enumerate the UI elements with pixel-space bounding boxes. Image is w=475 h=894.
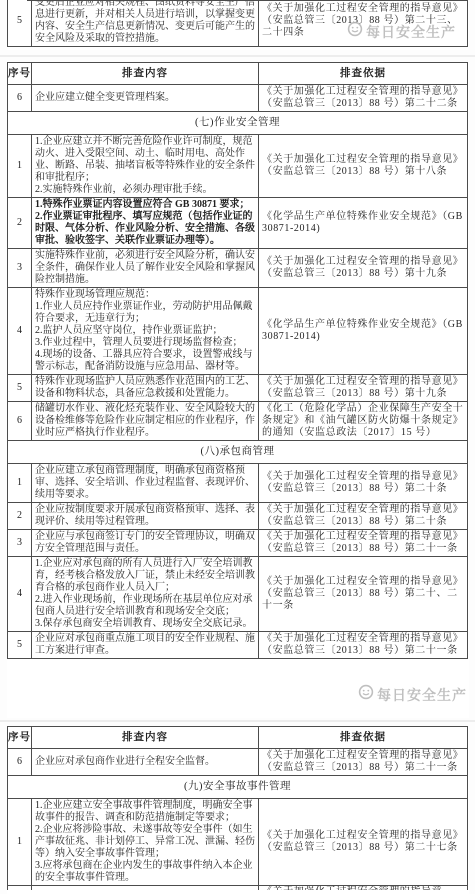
inspection-content-cell: 特殊作业现场监护人员应熟悉作业范围内的工艺、设备和物料状态，具备应急救援和处置能… [32, 375, 259, 402]
section-header-row: (九)安全事故事件管理 [8, 776, 468, 799]
table-row: 5企业应对承包商重点施工项目的安全作业规程、施工方案进行审查。《关于加强化工过程… [8, 632, 468, 659]
cropped-next-row: 《关于加强化工过程安全管理的指导意 [8, 886, 468, 891]
inspection-content-cell: 企业应对承包商重点施工项目的安全作业规程、施工方案进行审查。 [32, 632, 259, 659]
table-row: 4特殊作业现场管理应规范： 1.作业人员应持作业票证作业，劳动防护用品佩戴符合要… [8, 288, 468, 375]
document-page: 5变更后企业应对相关规程、图纸资料等安全生产信息进行更新，并对相关人员进行培训，… [0, 0, 475, 894]
table-row: 11.企业应建立并不断完善危险作业许可制度，规范动火、进入受限空间、动土、临时用… [8, 135, 468, 198]
table-row: 5变更后企业应对相关规程、图纸资料等安全生产信息进行更新，并对相关人员进行培训，… [8, 0, 468, 47]
section-title-cell: (九)安全事故事件管理 [8, 776, 468, 799]
change-management-table-partial: 5变更后企业应对相关规程、图纸资料等安全生产信息进行更新，并对相关人员进行培训，… [7, 0, 468, 47]
inspection-content-cell: 储罐切水作业、液化烃充装作业、安全风险较大的设备检维修等危险作业应制定相应的作业… [32, 402, 259, 441]
section-header-row: (八)承包商管理 [8, 441, 468, 464]
table-section-bottom: 序号排查内容排查依据6企业应对承包商作业进行全程安全监督。《关于加强化工过程安全… [7, 726, 469, 894]
inspection-basis-cell: 《关于加强化工过程安全管理的指导意见》（安监总管三〔2013〕88 号）第二十、… [259, 557, 468, 632]
cropped-row-border-line [27, 0, 467, 1]
inspection-content-cell: 企业应按制度要求开展承包商资格预审、选择、表现评价、续用等过程管理。 [32, 503, 259, 530]
section-title-cell: (八)承包商管理 [8, 441, 468, 464]
row-number-cell: 5 [8, 632, 32, 659]
row-number-cell: 3 [8, 249, 32, 288]
row-number-cell: 3 [8, 530, 32, 557]
row-number-cell: 4 [8, 288, 32, 375]
row-number-cell: 6 [8, 402, 32, 441]
inspection-content-cell: 企业应建立承包商管理制度，明确承包商资格预审、选择、安全培训、作业过程监督、表现… [32, 464, 259, 503]
column-header-content: 排查内容 [32, 63, 259, 85]
row-number-cell: 2 [8, 198, 32, 249]
table-row: 1企业应建立承包商管理制度，明确承包商资格预审、选择、安全培训、作业过程监督、表… [8, 464, 468, 503]
inspection-content-cell: 1.企业应建立安全事故事件管理制度，明确安全事故事件的报告、调查和防范措施制定等… [32, 799, 259, 886]
table-row: 41.企业应对承包商的所有人员进行入厂安全培训教育，经考核合格发放入厂证，禁止未… [8, 557, 468, 632]
section-title-cell: (七)作业安全管理 [8, 112, 468, 135]
column-header-basis: 排查依据 [259, 727, 468, 749]
inspection-content-cell: 1.企业应对承包商的所有人员进行入厂安全培训教育，经考核合格发放入厂证，禁止未经… [32, 557, 259, 632]
inspection-basis-cell: 《关于加强化工过程安全管理的指导意见》（安监总管三〔2013〕88 号）第二十一… [259, 632, 468, 659]
inspection-content-cell: 企业应建立健全变更管理档案。 [32, 85, 259, 112]
table-gap-divider [0, 720, 475, 722]
inspection-basis-cell: 《化工（危险化学品）企业保障生产安全十条规定》和《油气罐区防火防爆十条规定》的通… [259, 402, 468, 441]
work-safety-and-contractor-table: 序号排查内容排查依据6企业应建立健全变更管理档案。《关于加强化工过程安全管理的指… [7, 62, 468, 659]
section-header-row: (七)作业安全管理 [8, 112, 468, 135]
inspection-content-cell: 1.企业应建立并不断完善危险作业许可制度，规范动火、进入受限空间、动土、临时用电… [32, 135, 259, 198]
row-number-cell: 1 [8, 464, 32, 503]
row-number-cell: 4 [8, 557, 32, 632]
inspection-basis-cell: 《关于加强化工过程安全管理的指导意见》（安监总管三〔2013〕88 号）第十九条 [259, 375, 468, 402]
inspection-basis-cell: 《关于加强化工过程安全管理的指导意见》（安监总管三〔2013〕88 号）第二十七… [259, 799, 468, 886]
row-number-cell: 5 [8, 0, 32, 47]
table-row: 6企业应对承包商作业进行全程安全监督。《关于加强化工过程安全管理的指导意见》（安… [8, 749, 468, 776]
table-section-main: 序号排查内容排查依据6企业应建立健全变更管理档案。《关于加强化工过程安全管理的指… [7, 62, 469, 718]
inspection-basis-cell: 《关于加强化工过程安全管理的指导意见》（安监总管三〔2013〕88 号）第二十一… [259, 749, 468, 776]
table-row: 5特殊作业现场监护人员应熟悉作业范围内的工艺、设备和物料状态，具备应急救援和处置… [8, 375, 468, 402]
inspection-basis-cell: 《化学品生产单位特殊作业安全规范》（GB 30871-2014) [259, 198, 468, 249]
column-header-row: 序号排查内容排查依据 [8, 63, 468, 85]
column-header-num: 序号 [8, 727, 32, 749]
inspection-content-cell: 企业应对承包商作业进行全程安全监督。 [32, 749, 259, 776]
row-number-cell: 2 [8, 503, 32, 530]
column-header-row: 序号排查内容排查依据 [8, 727, 468, 749]
table-row: 3企业应与承包商签订专门的安全管理协议，明确双方安全管理范围与责任。《关于加强化… [8, 530, 468, 557]
table-gap-divider [0, 55, 475, 57]
inspection-content-cell: 变更后企业应对相关规程、图纸资料等安全生产信息进行更新，并对相关人员进行培训，以… [32, 0, 259, 47]
inspection-basis-cell: 《关于加强化工过程安全管理的指导意见》（安监总管三〔2013〕88 号）第二十一… [259, 530, 468, 557]
inspection-basis-cell: 《关于加强化工过程安全管理的指导意见》（安监总管三〔2013〕88 号）第十九条 [259, 249, 468, 288]
table-row: 2企业应按制度要求开展承包商资格预审、选择、表现评价、续用等过程管理。《关于加强… [8, 503, 468, 530]
inspection-basis-cell: 《关于加强化工过程安全管理的指导意见》（安监总管三〔2013〕88 号）第二十条 [259, 503, 468, 530]
column-header-basis: 排查依据 [259, 63, 468, 85]
inspection-content-cell: 企业应与承包商签订专门的安全管理协议，明确双方安全管理范围与责任。 [32, 530, 259, 557]
cropped-basis-text: 《关于加强化工过程安全管理的指导意 [262, 886, 464, 890]
inspection-basis-cell: 《关于加强化工过程安全管理的指导意 [259, 886, 468, 891]
column-header-content: 排查内容 [32, 727, 259, 749]
inspection-content-cell [32, 886, 259, 891]
inspection-basis-cell: 《关于加强化工过程安全管理的指导意见》（安监总管三〔2013〕88 号）第二十三… [259, 0, 468, 47]
column-header-num: 序号 [8, 63, 32, 85]
table-row: 3实施特殊作业前，必须进行安全风险分析，确认安全条件，确保作业人员了解作业安全风… [8, 249, 468, 288]
row-number-cell: 1 [8, 799, 32, 886]
inspection-basis-cell: 《关于加强化工过程安全管理的指导意见》（安监总管三〔2013〕88 号）第二十二… [259, 85, 468, 112]
inspection-content-cell: 1.特殊作业票证内容设置应符合 GB 30871 要求； 2.作业票证审批程序、… [32, 198, 259, 249]
inspection-content-cell: 实施特殊作业前，必须进行安全风险分析，确认安全条件，确保作业人员了解作业安全风险… [32, 249, 259, 288]
inspection-basis-cell: 《关于加强化工过程安全管理的指导意见》（安监总管三〔2013〕88 号）第十八条 [259, 135, 468, 198]
table-row: 6企业应建立健全变更管理档案。《关于加强化工过程安全管理的指导意见》（安监总管三… [8, 85, 468, 112]
row-number-cell [8, 886, 32, 891]
inspection-basis-cell: 《关于加强化工过程安全管理的指导意见》（安监总管三〔2013〕88 号）第二十条 [259, 464, 468, 503]
row-number-cell: 5 [8, 375, 32, 402]
table-section-top: 5变更后企业应对相关规程、图纸资料等安全生产信息进行更新，并对相关人员进行培训，… [7, 0, 469, 50]
table-row: 11.企业应建立安全事故事件管理制度，明确安全事故事件的报告、调查和防范措施制定… [8, 799, 468, 886]
inspection-basis-cell: 《化学品生产单位特殊作业安全规范》（GB 30871-2014) [259, 288, 468, 375]
row-number-cell: 1 [8, 135, 32, 198]
row-number-cell: 6 [8, 85, 32, 112]
contractor-and-incident-table: 序号排查内容排查依据6企业应对承包商作业进行全程安全监督。《关于加强化工过程安全… [7, 726, 468, 890]
row-number-cell: 6 [8, 749, 32, 776]
table-row: 6储罐切水作业、液化烃充装作业、安全风险较大的设备检维修等危险作业应制定相应的作… [8, 402, 468, 441]
table-row: 21.特殊作业票证内容设置应符合 GB 30871 要求； 2.作业票证审批程序… [8, 198, 468, 249]
inspection-content-cell: 特殊作业现场管理应规范： 1.作业人员应持作业票证作业，劳动防护用品佩戴符合要求… [32, 288, 259, 375]
